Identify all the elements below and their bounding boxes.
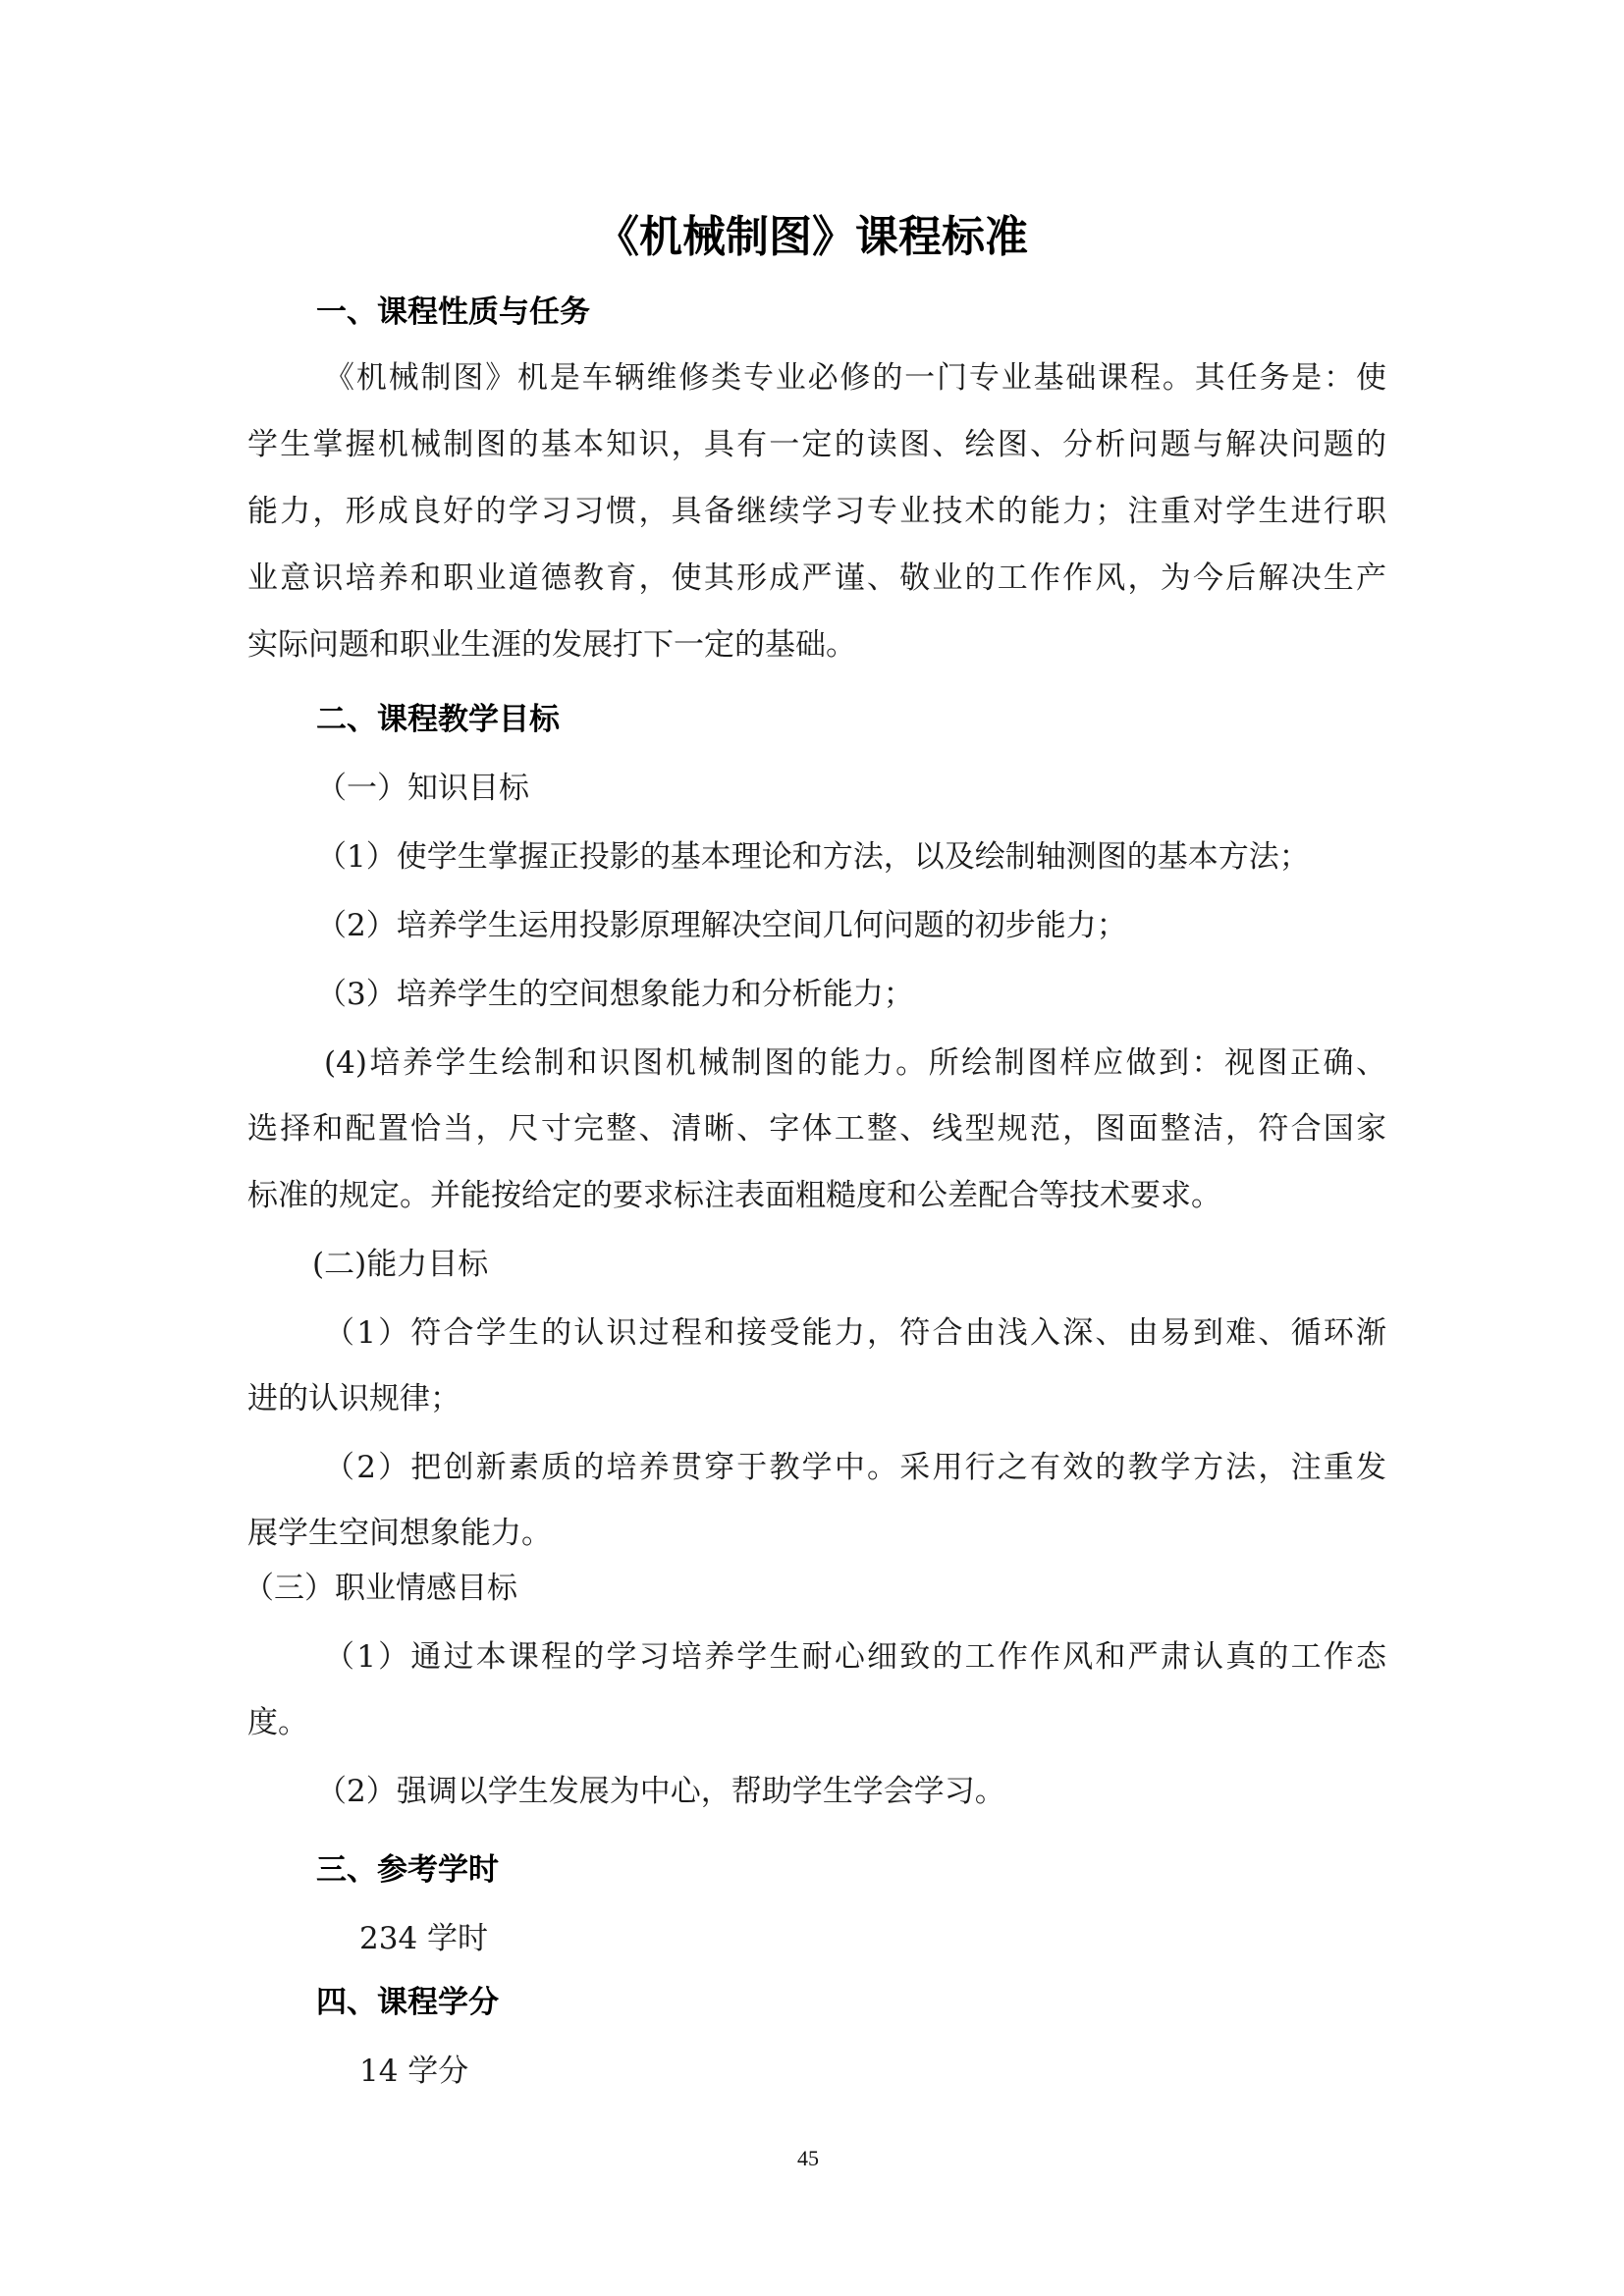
section-heading-reference-hours: 三、参考学时 (316, 1850, 499, 1890)
document-page: 《机械制图》课程标准 一、课程性质与任务 《机械制图》机是车辆维修类专业必修的一… (0, 0, 1624, 2296)
list-item: （2）培养学生运用投影原理解决空间几何问题的初步能力； (316, 906, 1127, 945)
list-item: (4)培养学生绘制和识图机械制图的能力。所绘制图样应做到：视图正确、 (324, 1043, 1386, 1083)
list-item: （1）符合学生的认识过程和接受能力，符合由浅入深、由易到难、循环渐 (324, 1313, 1386, 1353)
list-item-continuation: 选择和配置恰当，尺寸完整、清晰、字体工整、线型规范，图面整洁，符合国家 (247, 1109, 1386, 1148)
section-heading-teaching-goals: 二、课程教学目标 (316, 700, 560, 739)
list-item: （2）强调以学生发展为中心，帮助学生学会学习。 (316, 1772, 1005, 1811)
list-item-continuation: 度。 (247, 1703, 1386, 1742)
list-item: （2）把创新素质的培养贯穿于教学中。采用行之有效的教学方法，注重发 (324, 1448, 1386, 1487)
section-heading-nature-and-tasks: 一、课程性质与任务 (316, 293, 590, 332)
list-item: （3）培养学生的空间想象能力和分析能力； (316, 975, 914, 1014)
paragraph-line: 能力，形成良好的学习习惯，具备继续学习专业技术的能力；注重对学生进行职 (247, 492, 1386, 531)
page-number: 45 (797, 2146, 819, 2171)
list-item-continuation: 进的认识规律； (247, 1379, 1386, 1418)
reference-hours-value: 234 学时 (359, 1919, 488, 1958)
list-item-continuation: 标准的规定。并能按给定的要求标注表面粗糙度和公差配合等技术要求。 (247, 1176, 1386, 1215)
list-item-continuation: 展学生空间想象能力。 (247, 1514, 1386, 1553)
subsection-heading-ability-goals: (二)能力目标 (312, 1245, 488, 1284)
subsection-heading-professional-emotion-goals: （三）职业情感目标 (244, 1569, 517, 1608)
subsection-heading-knowledge-goals: （一）知识目标 (316, 769, 529, 808)
paragraph-line: 实际问题和职业生涯的发展打下一定的基础。 (247, 625, 1386, 665)
paragraph-line: 学生掌握机械制图的基本知识，具有一定的读图、绘图、分析问题与解决问题的 (247, 425, 1386, 464)
list-item: （1）使学生掌握正投影的基本理论和方法，以及绘制轴测图的基本方法； (316, 837, 1310, 877)
section-heading-course-credits: 四、课程学分 (316, 1983, 499, 2022)
paragraph-line: 《机械制图》机是车辆维修类专业必修的一门专业基础课程。其任务是：使 (324, 358, 1386, 398)
page-title: 《机械制图》课程标准 (0, 210, 1624, 265)
course-credits-value: 14 学分 (359, 2052, 468, 2091)
list-item: （1）通过本课程的学习培养学生耐心细致的工作作风和严肃认真的工作态 (324, 1637, 1386, 1677)
paragraph-line: 业意识培养和职业道德教育，使其形成严谨、敬业的工作作风，为今后解决生产 (247, 559, 1386, 598)
